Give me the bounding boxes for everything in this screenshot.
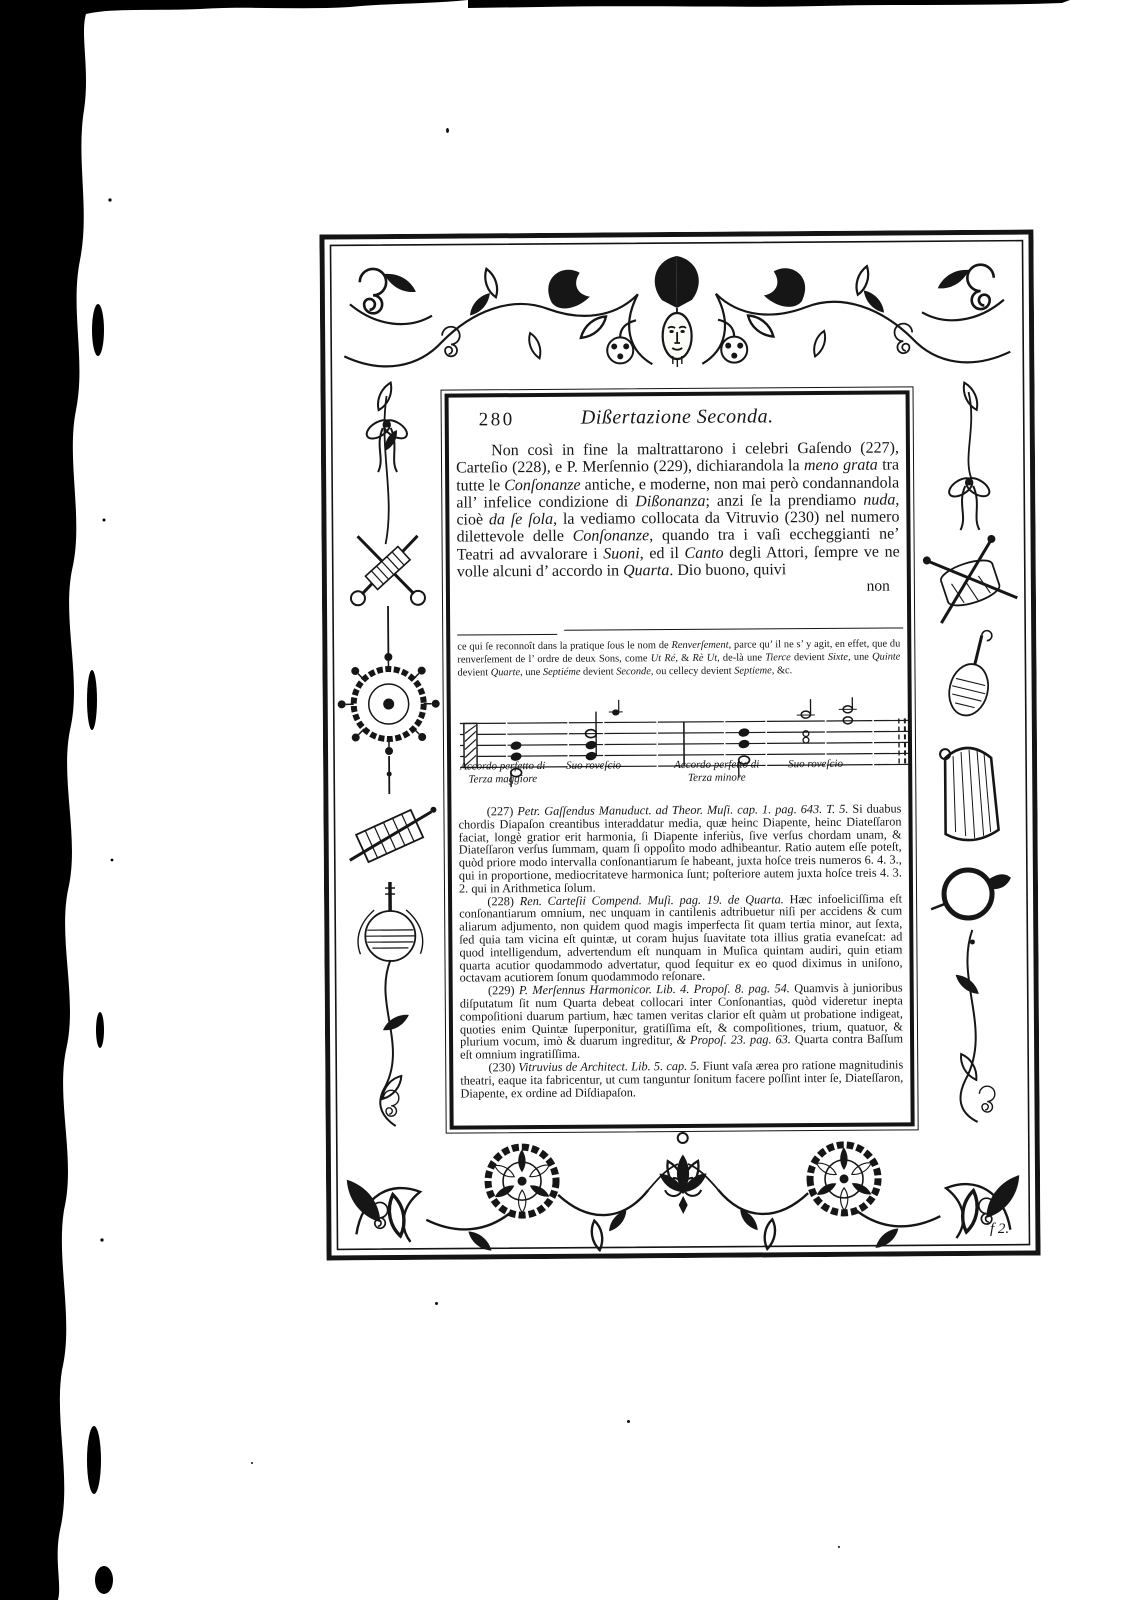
main-text: Non così in fine la maltrattarono i cele… [456, 439, 900, 598]
footnotes: (227) Petr. Gaſſendus Manuduct. ad Theor… [458, 802, 903, 1099]
crossed-horns-icon [351, 536, 425, 606]
mask-face-icon [662, 308, 691, 367]
scan-speck [627, 1420, 630, 1423]
chord-rovescio-1 [585, 700, 623, 761]
hunting-horn-icon [931, 870, 1011, 919]
signature-mark: f 2. [990, 1221, 1009, 1238]
mandolin-icon [944, 625, 1002, 719]
page-number: 280 [479, 409, 515, 431]
drum-icon [920, 533, 1017, 623]
music-label-1: Accordo perfetto di Terza maggiore [460, 760, 545, 786]
tambourine-icon [337, 653, 440, 756]
footnote-229: (229) P. Merſennus Harmonicor. Lib. 4. P… [460, 982, 904, 1062]
scan-speck [838, 1546, 840, 1548]
page-title: Dißertazione Seconda. [455, 404, 900, 430]
ribbon-bow-icon [946, 474, 993, 530]
engraved-frame: 280 Dißertazione Seconda. Non così in fi… [319, 230, 1040, 1261]
left-trophy-band [335, 380, 442, 1126]
scan-speck [251, 1462, 253, 1464]
footnote-separator-short [457, 634, 557, 636]
footnote-separator-long [564, 627, 903, 630]
footnote-227: (227) Petr. Gaſſendus Manuduct. ad Theor… [458, 802, 902, 895]
text-block: 280 Dißertazione Seconda. Non così in fi… [445, 390, 915, 1129]
bottom-scrollwork [340, 1146, 679, 1255]
lute-icon [358, 882, 423, 961]
catchword: non [457, 578, 900, 598]
main-paragraph: Non così in fine la maltrattarono i cele… [456, 439, 900, 580]
running-header: 280 Dißertazione Seconda. [455, 404, 900, 433]
harp-icon [940, 748, 999, 841]
footnote-230: (230) Vitruvius de Architect. Lib. 5. ca… [460, 1058, 903, 1099]
chord-rovescio-2b [839, 697, 857, 724]
music-label-3: Accordo perfetto di Terza minore [674, 758, 759, 784]
scan-speck [446, 128, 449, 133]
scanned-book-page: { "colors":{"ink":"#161616","paper":"#ff… [0, 0, 1122, 1600]
footnote-continuation: ce qui ſe reconnoît dans la pratique ſou… [457, 637, 900, 679]
scan-speck [435, 1302, 438, 1305]
top-scrollwork [344, 256, 678, 367]
panpipes-icon [349, 807, 436, 863]
music-example: Accordo perfetto di Terza maggiore Suo r… [458, 691, 912, 800]
footnote-228: (228) Ren. Carteſii Compend. Muſi. pag. … [459, 892, 903, 985]
music-label-2: Suo roveſcio [566, 759, 621, 772]
music-label-4: Suo roveſcio [788, 758, 843, 771]
right-trophy-band [919, 380, 1021, 1122]
